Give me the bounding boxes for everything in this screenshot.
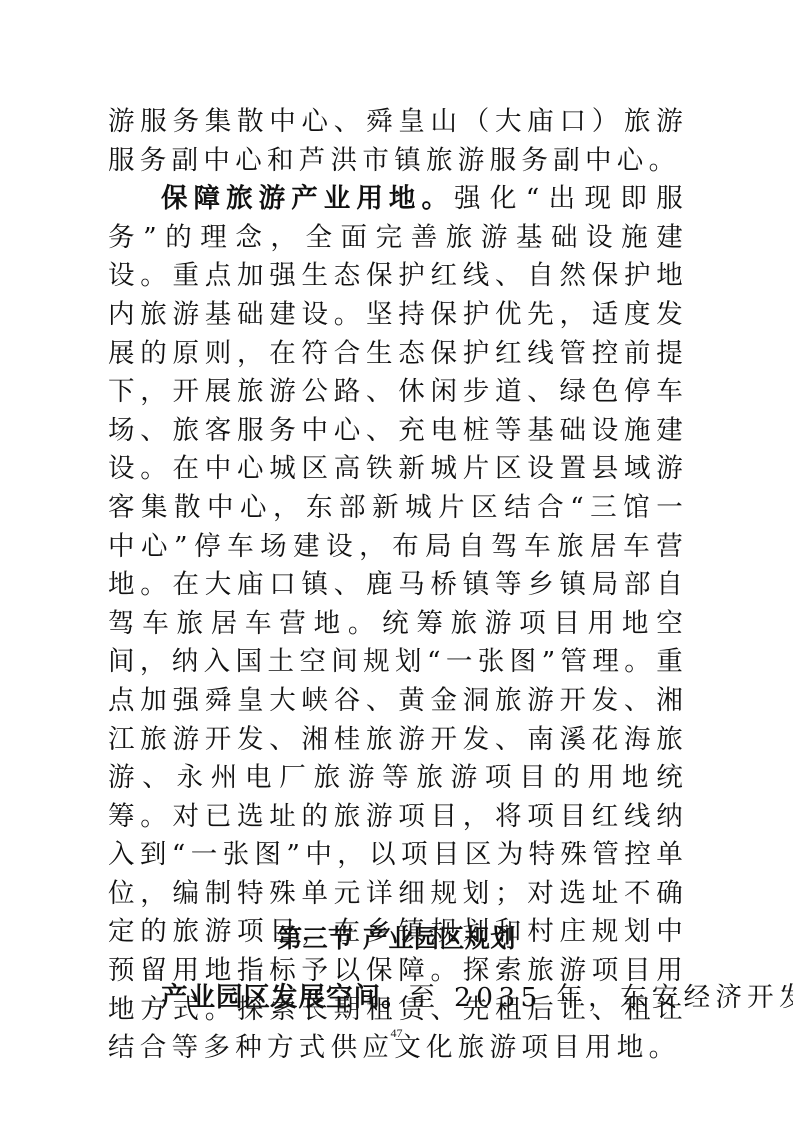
paragraph-continuation: 游服务集散中心、舜皇山（大庙口）旅游服务副中心和芦洪市镇旅游服务副中心。: [108, 103, 688, 180]
page-number: 47: [0, 1026, 793, 1041]
paragraph-text: 游服务集散中心、舜皇山（大庙口）旅游服务副中心和芦洪市镇旅游服务副中心。: [108, 106, 688, 176]
section-heading: 第三节 产业园区规划: [0, 919, 793, 959]
paragraph-lead-heading: 保障旅游产业用地。: [161, 183, 454, 214]
paragraph-lead-heading: 产业园区发展空间。: [161, 982, 409, 1013]
paragraph-industrial-park: 产业园区发展空间。至 2035 年，东安经济开发区空: [108, 978, 688, 1018]
document-page: 游服务集散中心、舜皇山（大庙口）旅游服务副中心和芦洪市镇旅游服务副中心。 保障旅…: [0, 0, 793, 1122]
paragraph-text: 至 2035 年，东安经济开发区空: [409, 982, 793, 1013]
